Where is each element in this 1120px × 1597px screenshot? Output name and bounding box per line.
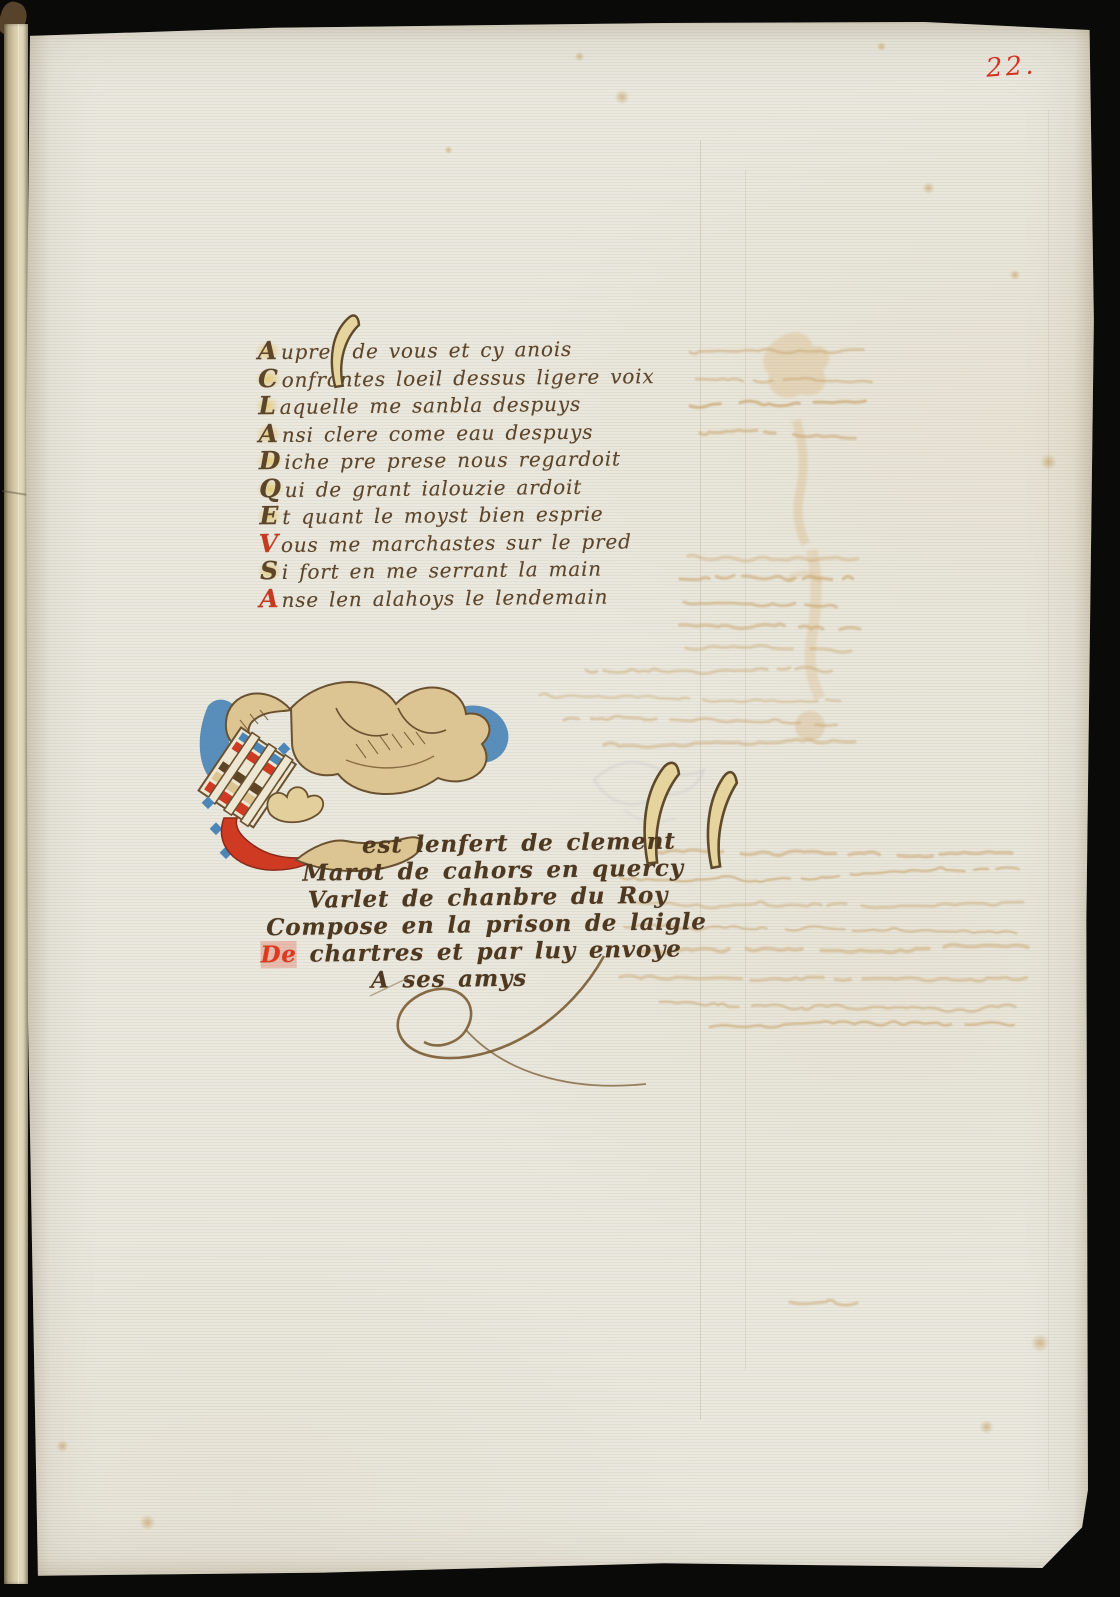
poem-initial: A: [255, 423, 281, 443]
poem-initial: A: [255, 341, 281, 361]
foxing-spot: [979, 1420, 994, 1434]
foxing-spot: [1009, 270, 1021, 280]
folio-page: 22. Aupres de vous et cy anois Confronte…: [24, 20, 1096, 1582]
poem-initial: A: [257, 588, 281, 608]
poem-initial: Q: [256, 478, 285, 498]
rubric-lead: De: [260, 941, 297, 969]
poem-initial: E: [256, 506, 282, 526]
poem-text: upres de vous et cy anois: [281, 337, 572, 364]
foxing-spot: [1040, 454, 1057, 470]
binding-edge: [4, 24, 28, 1584]
verso-showthrough: [24, 20, 1096, 1582]
foxing-spot: [56, 1440, 69, 1452]
foxing-spot: [876, 42, 887, 51]
poem-text: ous me marchastes sur le pred: [281, 529, 632, 557]
foxing-spot: [574, 52, 585, 61]
poem-initial: V: [257, 533, 281, 553]
foxing-spot: [444, 146, 453, 154]
poem-text: i fort en me serrant la main: [282, 557, 602, 584]
poem-text: nsi clere come eau despuys: [282, 419, 594, 446]
foxing-spot: [1030, 1334, 1050, 1352]
poem-initial: L: [255, 396, 280, 416]
foxing-spot: [139, 1515, 156, 1530]
foxing-spot: [922, 182, 935, 194]
poem-text: nse len alahoys le lendemain: [281, 584, 608, 611]
rubric-block: est lenfert de clement Marot de cahors e…: [259, 827, 741, 996]
poem-text: iche pre prese nous regardoit: [284, 446, 621, 474]
vertical-crease: [745, 170, 746, 1370]
rubric-text: chartres et par luy envoye: [297, 935, 682, 967]
foxing-spot: [614, 90, 630, 104]
vertical-crease: [1048, 110, 1049, 1490]
poem-text: aquelle me sanbla despuys: [280, 392, 582, 419]
folded-corner: [1038, 1534, 1090, 1580]
poem-block: Aupres de vous et cy anois Confrontes lo…: [255, 336, 688, 615]
poem-line: Anse len alahoys le lendemain: [257, 583, 687, 615]
vertical-crease: [700, 140, 701, 1420]
poem-text: ui de grant ialouzie ardoit: [285, 474, 583, 501]
poem-initial: C: [255, 368, 282, 388]
poem-text: onfrontes loeil dessus ligere voix: [282, 364, 655, 392]
poem-text: t quant le moyst bien esprie: [282, 502, 603, 529]
poem-initial: S: [257, 561, 282, 581]
manuscript-photo: 22. Aupres de vous et cy anois Confronte…: [0, 0, 1120, 1597]
folio-number: 22.: [985, 50, 1037, 83]
rubric-text: A ses amys: [371, 965, 527, 994]
poem-initial: D: [256, 451, 285, 471]
